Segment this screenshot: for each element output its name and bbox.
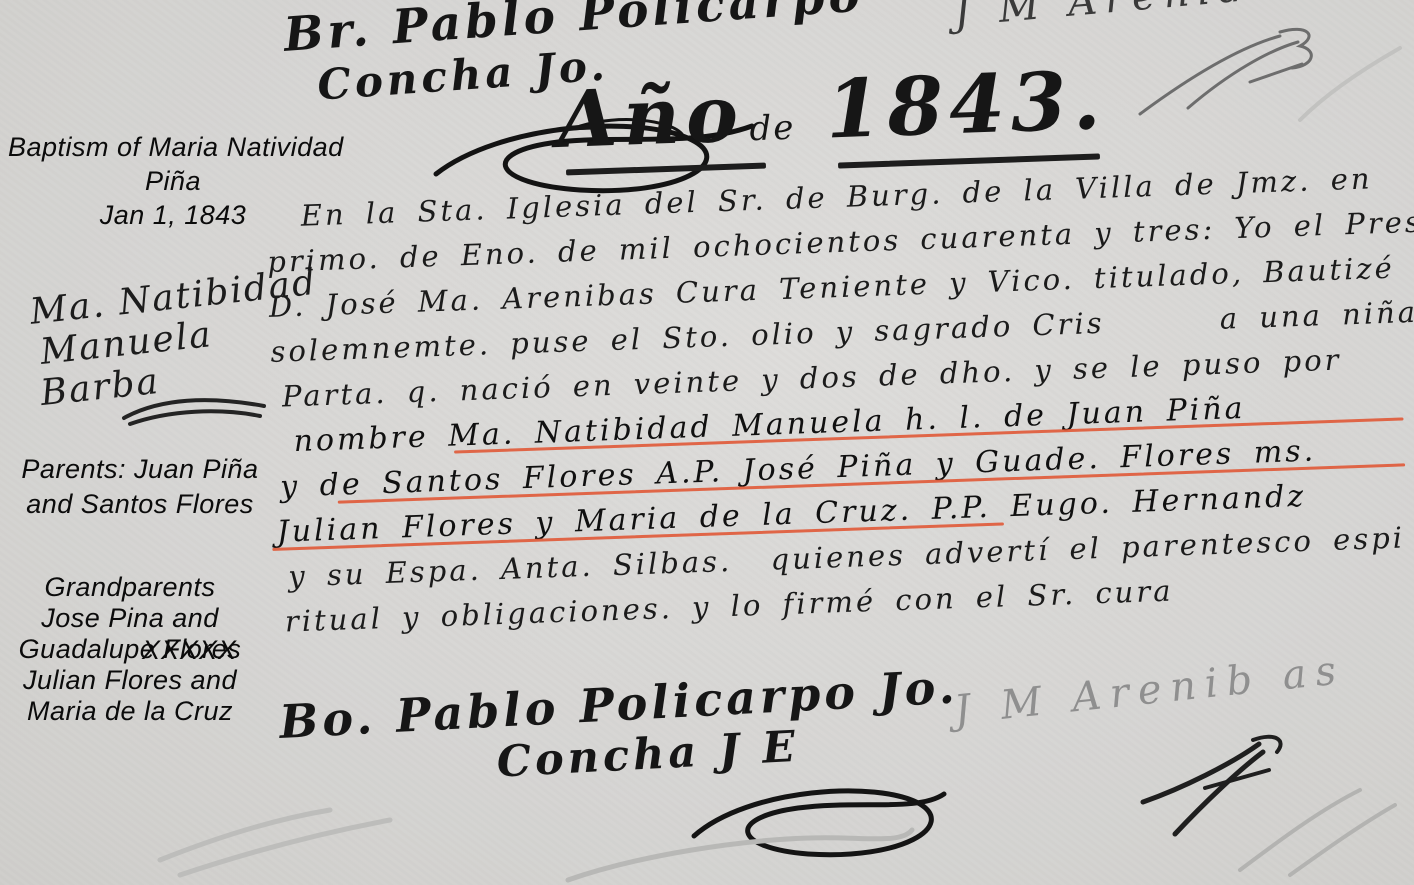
annotation-grandparents-line4: Julian Flores and xyxy=(0,665,260,696)
annotation-grandparents-line1: Grandparents xyxy=(0,572,260,603)
annotation-title-line1: Baptism of Maria Natividad xyxy=(8,130,338,164)
bleedthrough-mark-midright xyxy=(1290,40,1410,130)
annotation-grandparents-line5: Maria de la Cruz xyxy=(0,696,260,727)
annotation-parents-line1: Parents: Juan Piña xyxy=(0,452,280,487)
annotation-title-line2: Piña xyxy=(8,164,338,198)
bleedthrough-mark-center xyxy=(560,820,920,885)
annotation-parents-block: Parents: Juan Piña and Santos Flores xyxy=(0,452,280,522)
heading-ano: Año xyxy=(555,68,745,165)
heading-de: de xyxy=(749,108,796,150)
heading-year: 1843. xyxy=(824,53,1108,157)
annotation-grandparents-line3: Guadalupe Flores XXXXX xyxy=(0,634,260,665)
margin-note-flourish xyxy=(120,388,270,428)
year-heading: Año de 1843. xyxy=(555,53,1108,166)
bleedthrough-swirl-right xyxy=(1230,780,1400,880)
annotation-parents-line2: and Santos Flores xyxy=(0,487,280,522)
bleedthrough-mark-left xyxy=(150,760,410,880)
bottom-right-signature: J M Arenib as xyxy=(952,647,1347,734)
record-body-text: En la Sta. Iglesia del Sr. de Burg. de l… xyxy=(265,155,1414,645)
annotation-grandparents-strikeout: XXXXX xyxy=(142,635,237,666)
scanned-baptism-record: { "annotations": { "title_block": { "lin… xyxy=(0,0,1414,885)
annotation-grandparents-line2: Jose Pina and xyxy=(0,603,260,634)
annotation-grandparents-block: Grandparents Jose Pina and Guadalupe Flo… xyxy=(0,572,260,727)
